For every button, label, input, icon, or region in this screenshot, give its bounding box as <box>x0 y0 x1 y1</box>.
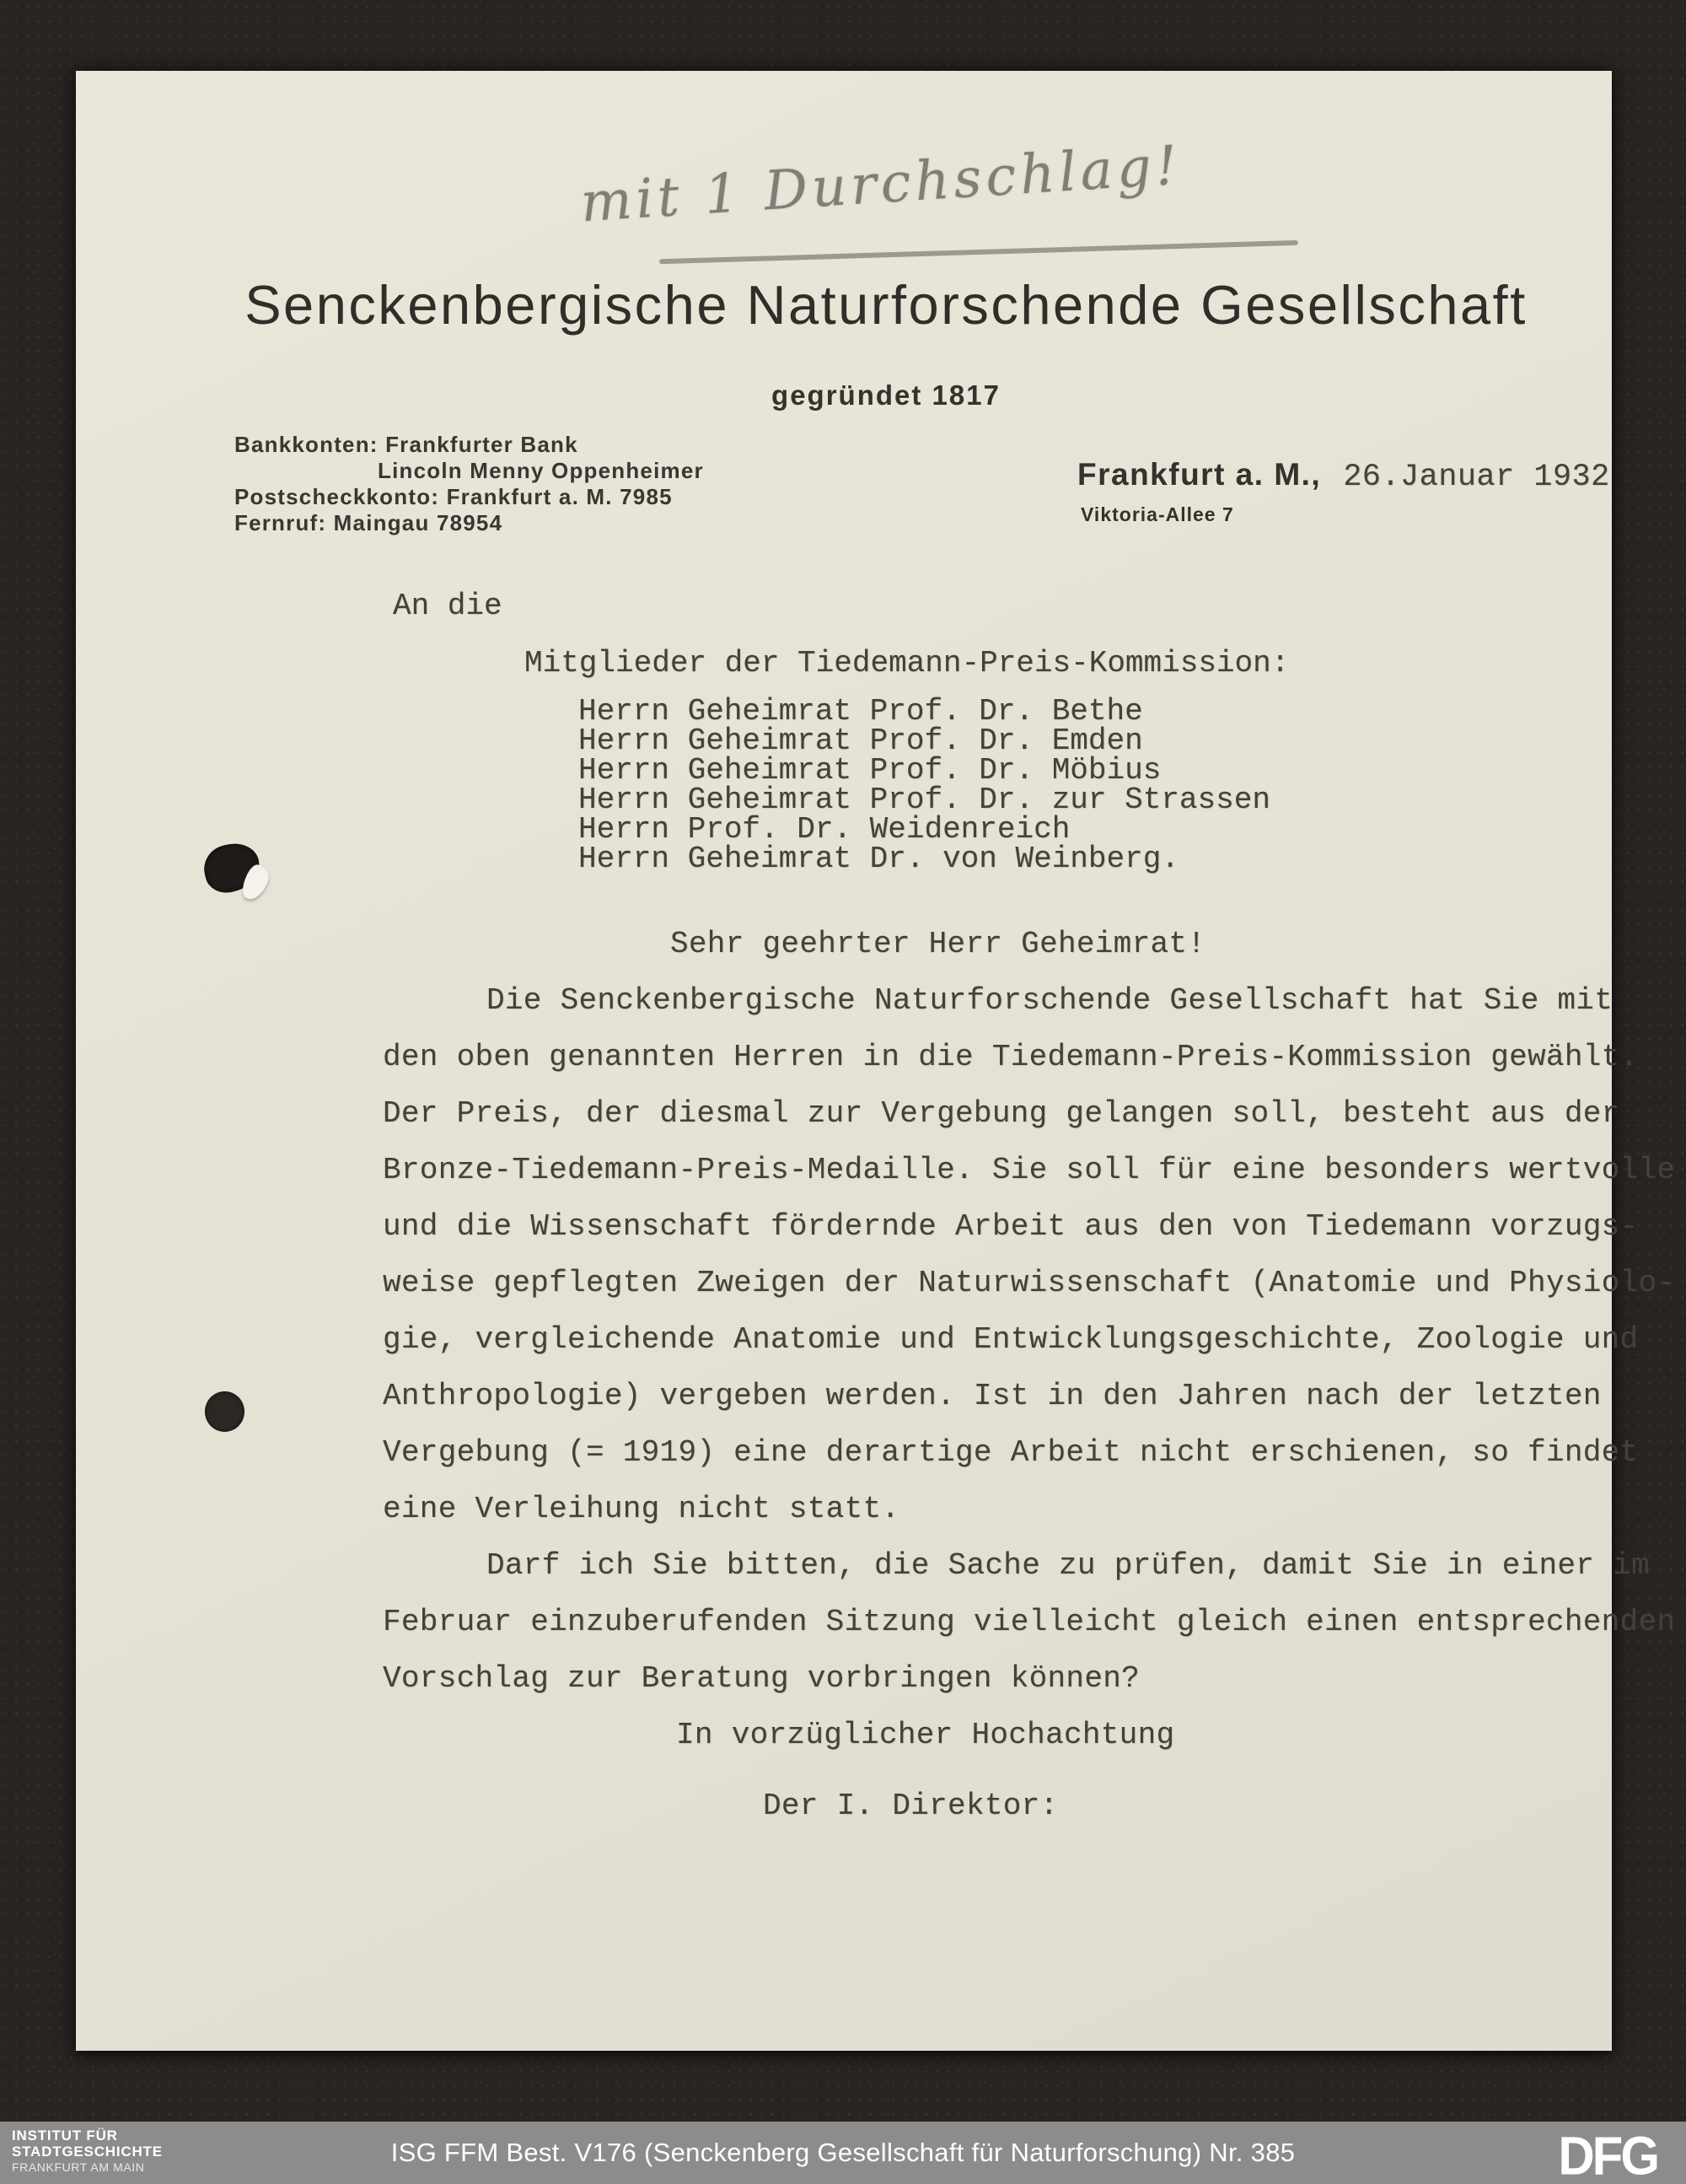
letter-paper: mit 1 Durchschlag! Senckenbergische Natu… <box>76 71 1612 2051</box>
typed-line: In vorzüglicher Hochachtung <box>383 1707 1686 1763</box>
letterhead-bank-block: Bankkonten: Frankfurter BankLincoln Menn… <box>234 432 704 536</box>
typed-line: Die Senckenbergische Naturforschende Ges… <box>383 972 1686 1029</box>
bank-line: Lincoln Menny Oppenheimer <box>234 458 704 484</box>
typed-line: weise gepflegten Zweigen der Naturwissen… <box>383 1255 1686 1311</box>
dfg-logo: DFG <box>1558 2125 1657 2184</box>
typed-line: Vorschlag zur Beratung vorbringen können… <box>383 1650 1686 1707</box>
typed-line: Februar einzuberufenden Sitzung vielleic… <box>383 1594 1686 1650</box>
member-line: Herrn Geheimrat Prof. Dr. Bethe <box>578 697 1270 726</box>
typed-line: Darf ich Sie bitten, die Sache zu prüfen… <box>383 1537 1686 1594</box>
typed-line: Der Preis, der diesmal zur Vergebung gel… <box>383 1085 1686 1142</box>
letter-body: Sehr geehrter Herr Geheimrat!Die Sencken… <box>383 916 1686 1834</box>
place-label: Frankfurt a. M., <box>1077 457 1321 492</box>
letterhead-organization: Senckenbergische Naturforschende Gesells… <box>152 273 1620 336</box>
bank-line: Fernruf: Maingau 78954 <box>234 510 704 536</box>
member-line: Herrn Geheimrat Prof. Dr. zur Strassen <box>578 785 1270 815</box>
bank-line: Bankkonten: Frankfurter Bank <box>234 432 704 458</box>
member-line: Herrn Geheimrat Prof. Dr. Emden <box>578 726 1270 756</box>
typed-line: den oben genannten Herren in die Tiedema… <box>383 1029 1686 1085</box>
bank-line: Postscheckkonto: Frankfurt a. M. 7985 <box>234 484 704 510</box>
typed-line: Anthropologie) vergeben werden. Ist in d… <box>383 1368 1686 1424</box>
archive-reference: ISG FFM Best. V176 (Senckenberg Gesellsc… <box>0 2138 1686 2168</box>
typed-line: Der I. Direktor: <box>383 1778 1686 1834</box>
typed-line: und die Wissenschaft fördernde Arbeit au… <box>383 1198 1686 1255</box>
member-line: Herrn Prof. Dr. Weidenreich <box>578 815 1270 844</box>
typed-line: gie, vergleichende Anatomie und Entwickl… <box>383 1311 1686 1368</box>
handwritten-note: mit 1 Durchschlag! <box>579 125 1340 234</box>
handwritten-underline <box>659 240 1298 264</box>
commission-members-list: Herrn Geheimrat Prof. Dr. BetheHerrn Geh… <box>578 697 1270 874</box>
typed-line: Bronze-Tiedemann-Preis-Medaille. Sie sol… <box>383 1142 1686 1198</box>
typed-line: Vergebung (= 1919) eine derartige Arbeit… <box>383 1424 1686 1481</box>
typed-line: Sehr geehrter Herr Geheimrat! <box>383 916 1686 972</box>
recipient-commission: Mitglieder der Tiedemann-Preis-Kommissio… <box>524 646 1289 680</box>
member-line: Herrn Geheimrat Dr. von Weinberg. <box>578 844 1270 874</box>
recipient-an-die: An die <box>393 589 502 623</box>
typed-date: 26.Januar 1932 <box>1343 460 1609 495</box>
archive-footer-bar: INSTITUT FÜRSTADTGESCHICHTEFRANKFURT AM … <box>0 2122 1686 2184</box>
letterhead-founded-line: gegründet 1817 <box>152 379 1620 412</box>
scanned-document-page: mit 1 Durchschlag! Senckenbergische Natu… <box>0 0 1686 2184</box>
place-date-line: Frankfurt a. M.,26.Januar 1932 <box>1077 457 1610 495</box>
typed-line: eine Verleihung nicht statt. <box>383 1481 1686 1537</box>
street-label: Viktoria-Allee 7 <box>1081 503 1234 526</box>
punch-hole-bottom <box>205 1391 244 1432</box>
member-line: Herrn Geheimrat Prof. Dr. Möbius <box>578 756 1270 785</box>
